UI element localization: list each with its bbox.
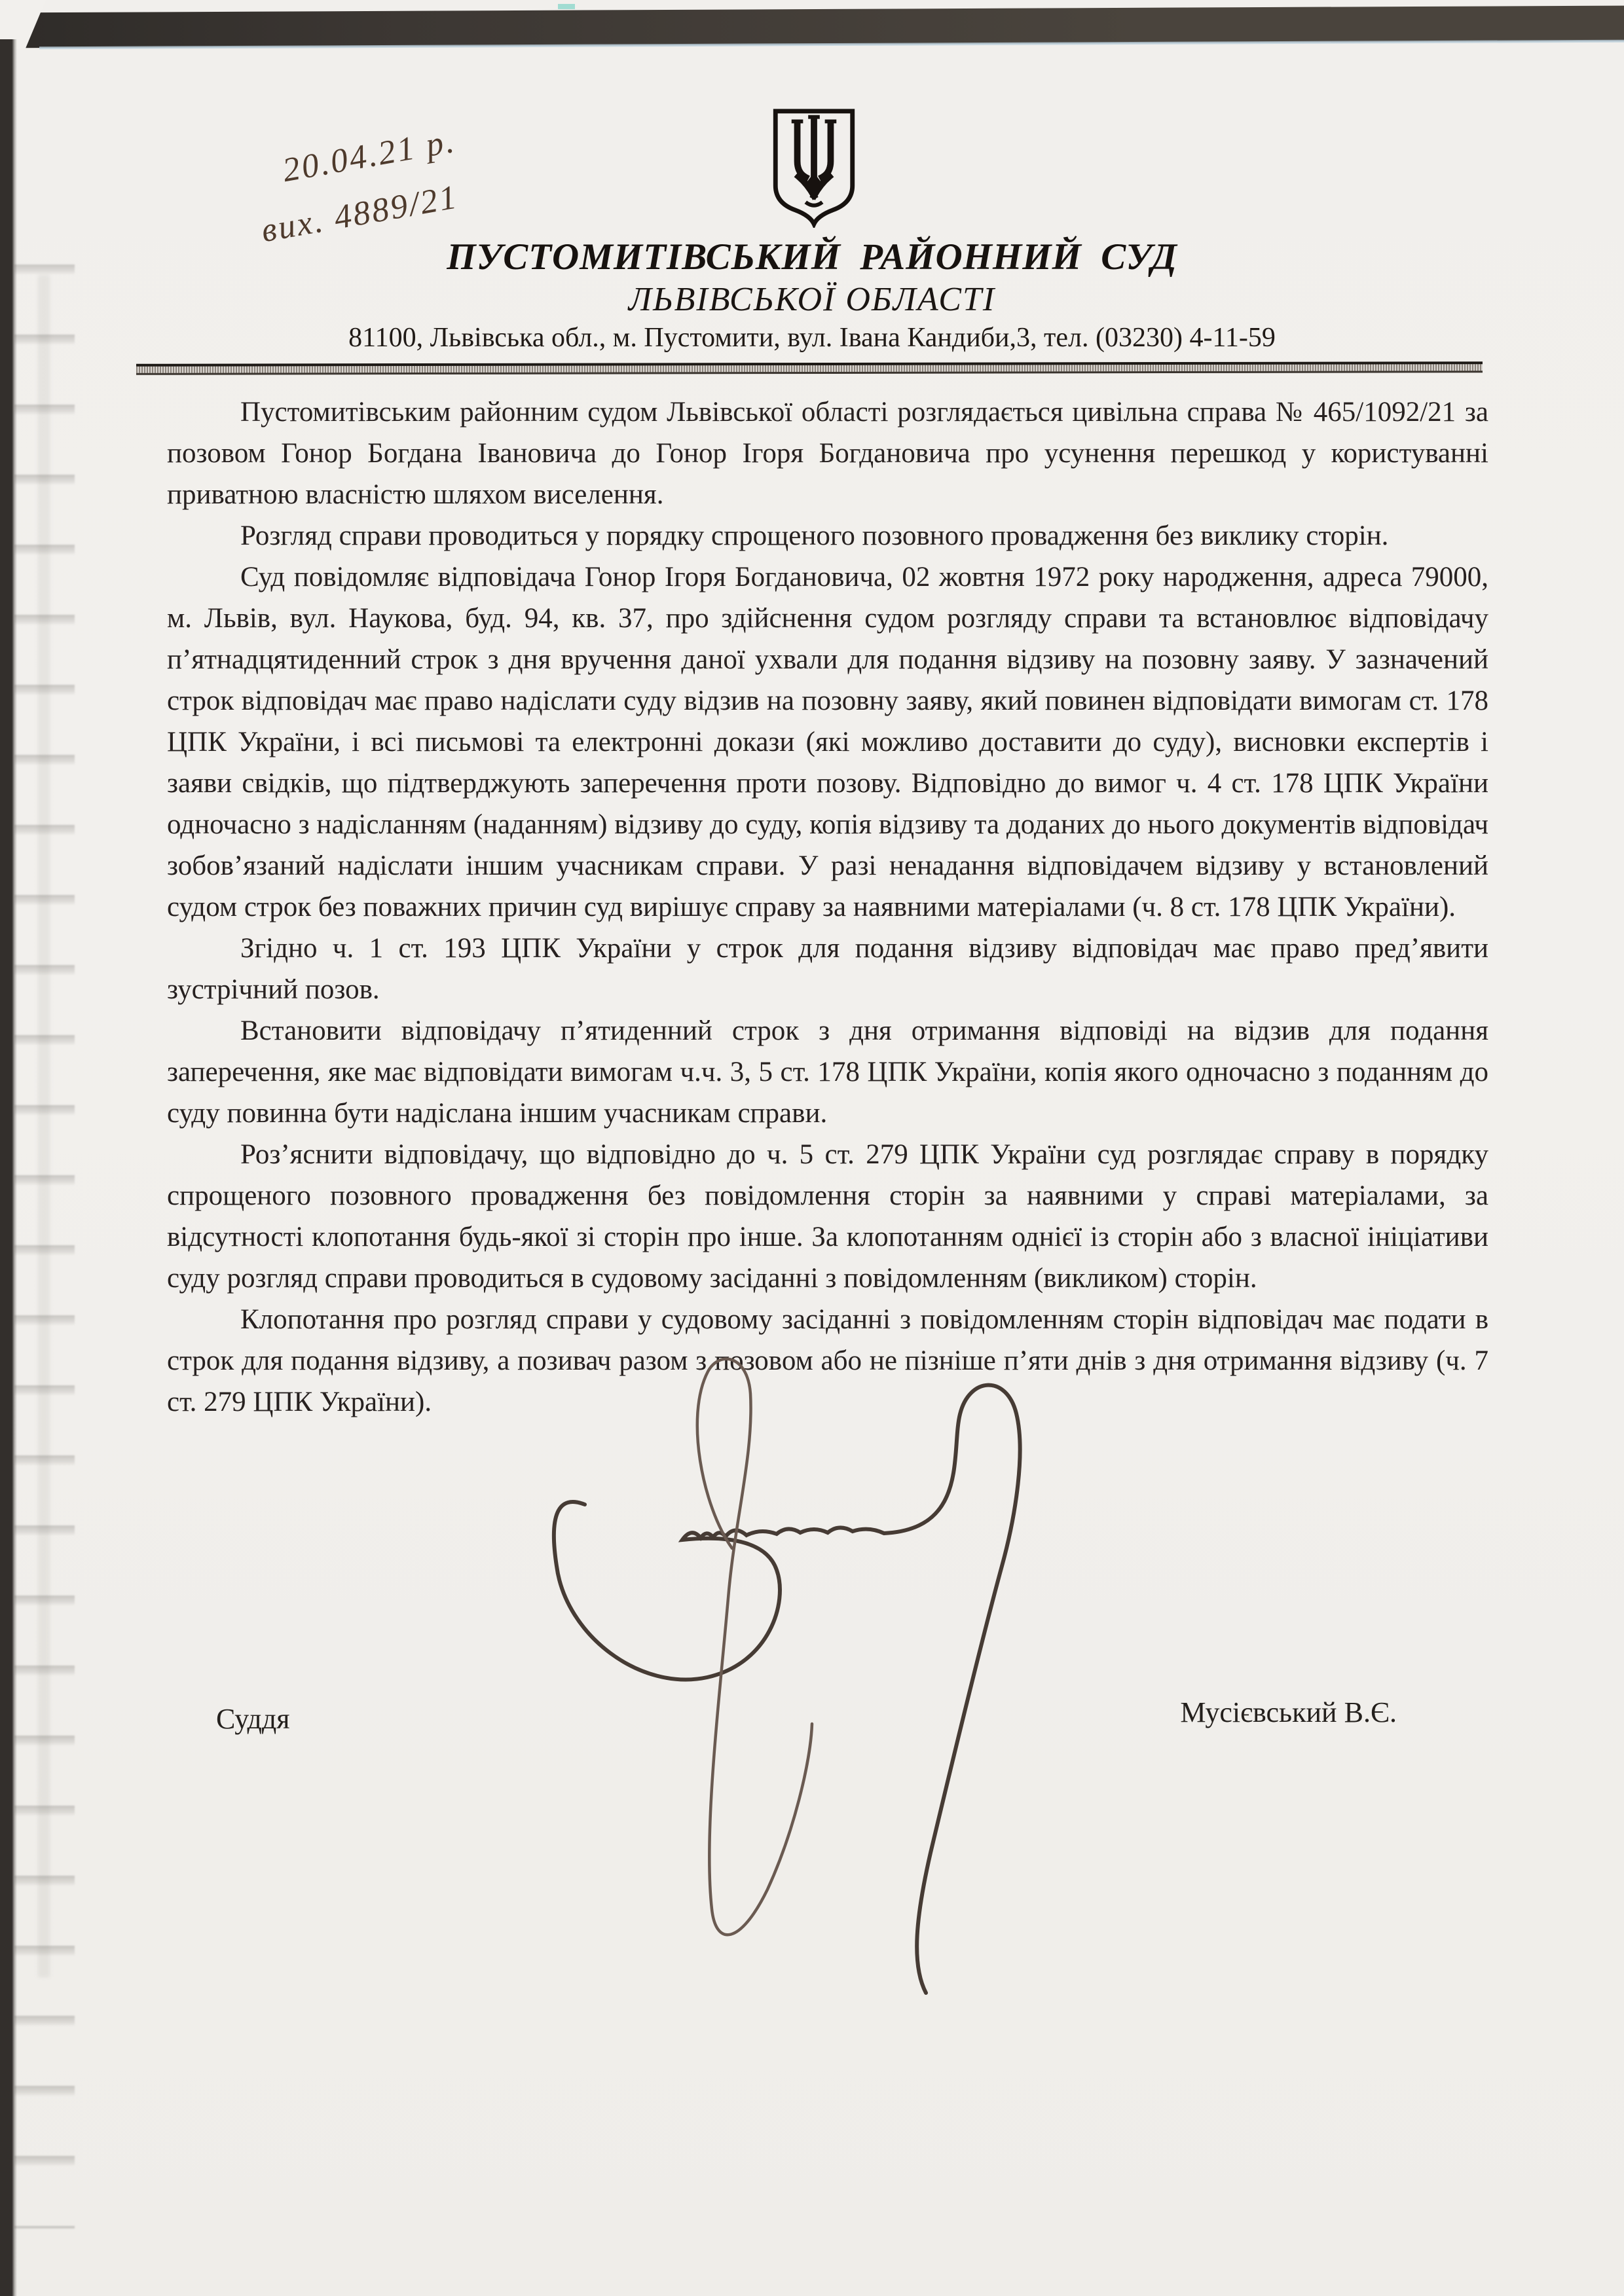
left-margin-shadow [38,275,50,1977]
body-paragraph: Розгляд справи проводиться у порядку спр… [167,515,1488,556]
judge-label: Суддя [216,1702,290,1736]
body-paragraph: Суд повідомляє відповідача Гонор Ігоря Б… [167,556,1488,928]
court-address: 81100, Львівська обл., м. Пустомити, вул… [0,322,1624,354]
letterhead-divider-rule [136,361,1483,375]
body-paragraph: Згідно ч. 1 ст. 193 ЦПК України у строк … [167,928,1488,1010]
body-paragraph: Роз’яснити відповідачу, що відповідно до… [167,1134,1488,1299]
ukraine-trident-emblem-icon [767,106,860,228]
court-name-line2: ЛЬВІВСЬКОЇ ОБЛАСТІ [0,280,1624,319]
court-name-line1: ПУСТОМИТІВСЬКИЙ РАЙОННИЙ СУД [0,236,1624,278]
judge-name: Мусієвський В.Є. [1180,1696,1397,1729]
scan-color-speck [558,4,575,9]
body-paragraph: Пустомитівським районним судом Львівсько… [167,392,1488,515]
body-paragraph: Встановити відповідачу п’ятиденний строк… [167,1010,1488,1134]
body-paragraph: Клопотання про розгляд справи у судовому… [167,1299,1488,1423]
document-body: Пустомитівським районним судом Львівсько… [167,392,1488,1423]
